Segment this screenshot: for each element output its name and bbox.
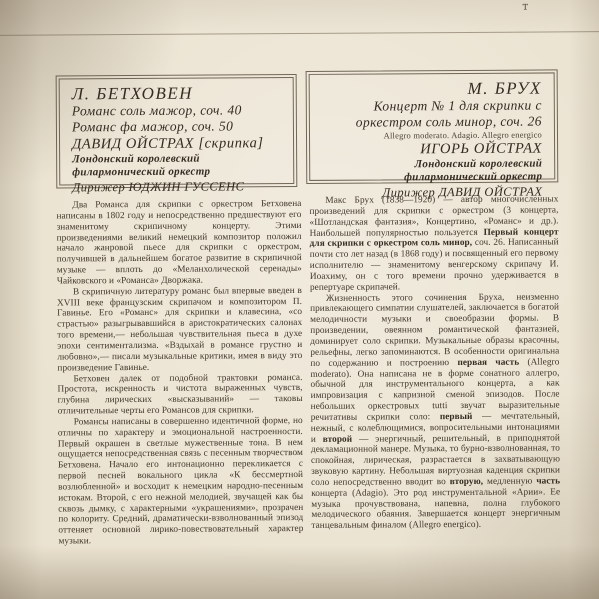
- handwritten-mark: т: [522, 0, 528, 13]
- liner-notes-left-column: Два Романса для скрипки с оркестром Бетх…: [56, 199, 303, 562]
- orchestra-line: филармонический оркестр: [318, 170, 542, 184]
- orchestra-line: Лондонский королевский: [318, 158, 542, 172]
- work-title-line: Романс соль мажор, соч. 40: [72, 102, 283, 119]
- composer-name-beethoven: Л. БЕТХОВЕН: [72, 83, 283, 103]
- beethoven-header-box: Л. БЕТХОВЕН Романс соль мажор, соч. 40 Р…: [56, 74, 298, 188]
- bruch-header-box: М. БРУХ Концерт № 1 для скрипки с оркест…: [306, 69, 559, 184]
- work-title-line: оркестром соль минор, соч. 26: [318, 114, 542, 131]
- paragraph: Бетховен далек от подобной трактовки ром…: [57, 372, 302, 417]
- album-back-cover: { "page": { "handwritten_mark": "т" }, "…: [0, 0, 599, 599]
- bruch-header-inner: М. БРУХ Концерт № 1 для скрипки с оркест…: [309, 72, 556, 181]
- paper-fold-line: [0, 31, 599, 36]
- paragraph: В скрипичную литературу романс был вперв…: [57, 286, 303, 374]
- paragraph: Жизненность этого сочинения Бруха, неизм…: [310, 292, 560, 532]
- conductor-line: Дирижер ЮДЖИН ГУССЕНС: [72, 178, 283, 195]
- composer-name-bruch: М. БРУХ: [318, 79, 542, 99]
- soloist-name: ДАВИД ОЙСТРАХ [скрипка]: [72, 134, 283, 153]
- cover-content: т Л. БЕТХОВЕН Романс соль мажор, соч. 40…: [0, 0, 599, 599]
- work-title-line: Романс фа мажор, соч. 50: [72, 118, 283, 135]
- paragraph: Макс Брух (1838—1920) — автор многочисле…: [309, 194, 559, 293]
- work-title-line: Концерт № 1 для скрипки с: [318, 98, 542, 115]
- paragraph: Два Романса для скрипки с оркестром Бетх…: [56, 199, 302, 287]
- beethoven-header-inner: Л. БЕТХОВЕН Романс соль мажор, соч. 40 Р…: [59, 77, 295, 185]
- paragraph: Романсы написаны в совершенно идентичной…: [58, 416, 304, 548]
- soloist-name: ИГОРЬ ОЙСТРАХ: [318, 140, 542, 159]
- orchestra-line: филармонический оркестр: [72, 165, 283, 179]
- liner-notes-right-column: Макс Брух (1838—1920) — автор многочисле…: [309, 194, 560, 536]
